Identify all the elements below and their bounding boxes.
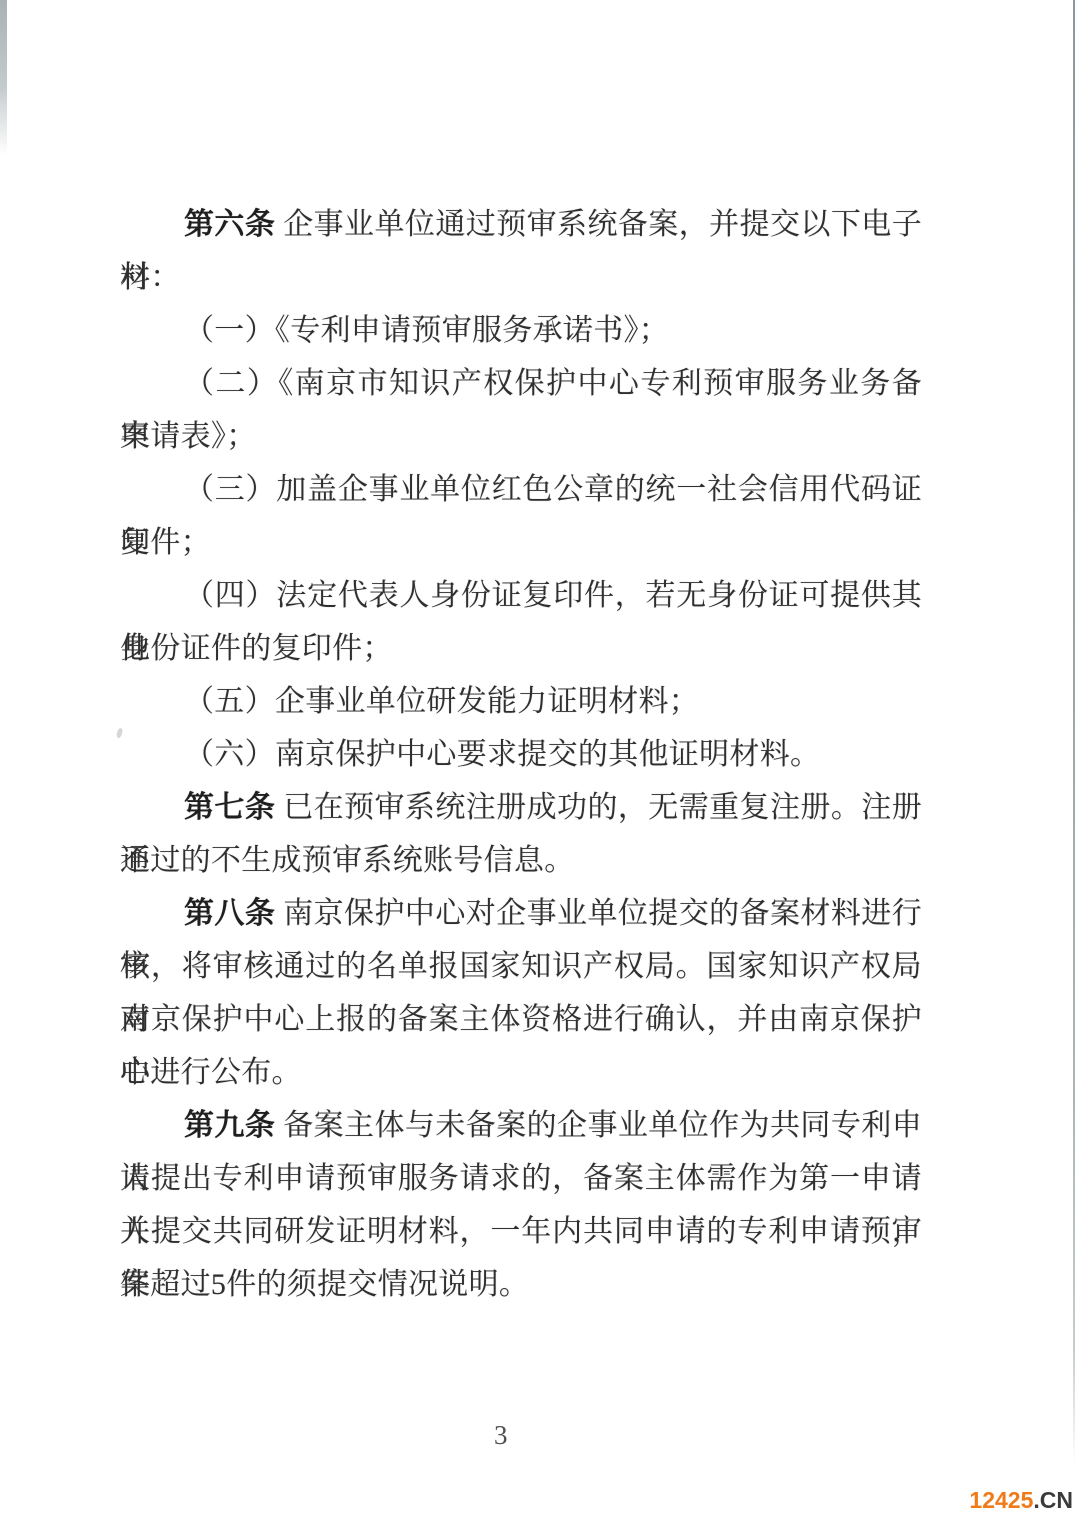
scan-edge-artifact-top-left — [0, 0, 7, 155]
page-number: 3 — [494, 1420, 508, 1451]
text-line: 身份证件的复印件； — [120, 622, 922, 675]
text-line: 通过的不生成预审系统账号信息。 — [120, 834, 922, 887]
document-page: 第六条 企事业单位通过预审系统备案，并提交以下电子材料：（一）《专利申请预审服务… — [0, 0, 1080, 1527]
text-line: 第八条 南京保护中心对企事业单位提交的备案材料进行审 — [120, 887, 922, 940]
scan-edge-artifact-right-line — [1073, 0, 1075, 1465]
text-segment: 通过的不生成预审系统账号信息。 — [120, 844, 575, 877]
text-line: （一）《专利申请预审服务承诺书》； — [120, 304, 922, 357]
text-line: 并提交共同研发证明材料，一年内共同申请的专利申请预审案 — [120, 1205, 922, 1258]
text-line: 第九条 备案主体与未备案的企事业单位作为共同专利申请 — [120, 1099, 922, 1152]
text-line: （二）《南京市知识产权保护中心专利预审服务业务备案 — [120, 357, 922, 410]
text-line: 心进行公布。 — [120, 1046, 922, 1099]
text-line: （三）加盖企事业单位红色公章的统一社会信用代码证复 — [120, 463, 922, 516]
text-segment: （一）《专利申请预审服务承诺书》； — [184, 314, 669, 347]
text-line: 南京保护中心上报的备案主体资格进行确认，并由南京保护中 — [120, 993, 922, 1046]
text-segment: 印件； — [120, 526, 211, 559]
text-line: 申请表》； — [120, 410, 922, 463]
article-number: 第八条 — [184, 897, 275, 930]
text-line: （六）南京保护中心要求提交的其他证明材料。 — [120, 728, 922, 781]
text-segment: 料： — [120, 261, 181, 294]
text-line: 第六条 企事业单位通过预审系统备案，并提交以下电子材 — [120, 198, 922, 251]
watermark-tld: .CN — [1033, 1487, 1073, 1513]
text-line: 印件； — [120, 516, 922, 569]
text-line: 人提出专利申请预审服务请求的，备案主体需作为第一申请人， — [120, 1152, 922, 1205]
text-segment: 心进行公布。 — [120, 1056, 302, 1089]
text-segment: 申请表》； — [120, 420, 257, 453]
text-line: 第七条 已在预审系统注册成功的，无需重复注册。注册不 — [120, 781, 922, 834]
text-segment: （六）南京保护中心要求提交的其他证明材料。 — [184, 738, 820, 771]
article-number: 第九条 — [184, 1109, 275, 1142]
text-line: （五）企事业单位研发能力证明材料； — [120, 675, 922, 728]
text-segment: 件超过5件的须提交情况说明。 — [120, 1268, 529, 1301]
text-segment: 身份证件的复印件； — [120, 632, 393, 665]
watermark-site-name: 12425 — [969, 1487, 1033, 1513]
article-number: 第六条 — [184, 208, 275, 241]
document-body: 第六条 企事业单位通过预审系统备案，并提交以下电子材料：（一）《专利申请预审服务… — [120, 198, 922, 1311]
article-number: 第七条 — [184, 791, 275, 824]
text-line: （四）法定代表人身份证复印件，若无身份证可提供其他 — [120, 569, 922, 622]
watermark: 12425.CN — [969, 1487, 1073, 1514]
text-line: 件超过5件的须提交情况说明。 — [120, 1258, 922, 1311]
text-segment: （五）企事业单位研发能力证明材料； — [184, 685, 699, 718]
text-line: 料： — [120, 251, 922, 304]
text-line: 核，将审核通过的名单报国家知识产权局。国家知识产权局对 — [120, 940, 922, 993]
